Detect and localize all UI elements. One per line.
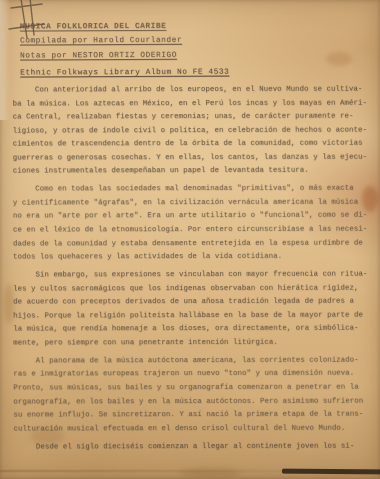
paragraph-5: Desde el siglo dieciséis comienzan a lle…: [13, 440, 375, 454]
paper-stain: [326, 52, 352, 66]
text-line: su enorme influjo. Se sincretizaron. Y a…: [13, 409, 375, 423]
text-line: ca Central, realizaban fiestas y ceremon…: [13, 111, 375, 125]
credit-recorded-by: Compilada por Harold Courlander: [20, 34, 229, 49]
text-line: Desde el siglo dieciséis comienzan a lle…: [13, 440, 375, 454]
text-line: Al panorama de la música autóctona ameri…: [13, 354, 375, 368]
text-line: cimientos de trascendencia dentro de la …: [13, 138, 375, 152]
paragraph-1: Con anterioridad al arribo de los europe…: [13, 84, 375, 180]
text-line: mente, pero siempre con una penetrante i…: [13, 336, 375, 350]
text-line: Sin embargo, sus expresiones se vinculab…: [13, 269, 375, 283]
text-line: de acuerdo con preceptos derivados de un…: [13, 296, 375, 310]
paragraph-2: Como en todas las sociedades mal denomin…: [13, 183, 375, 265]
text-line: ras e inmigratorias europeas trajeron un…: [13, 368, 375, 382]
text-line: Con anterioridad al arribo de los europe…: [13, 84, 375, 98]
text-line: Como en todas las sociedades mal denomin…: [13, 183, 375, 197]
document-header: MUSICA FOLKLORICA DEL CARIBE Compilada p…: [20, 20, 229, 82]
text-line: Pronto, sus músicas, sus bailes y su org…: [13, 382, 375, 396]
text-line: hijos. Porque la religión politeísta hal…: [13, 309, 375, 323]
text-line: ce en el léxico de la etnomusicología. P…: [13, 223, 375, 237]
text-line: culturación musical efectuada en el dens…: [13, 422, 375, 436]
document-body: Con anterioridad al arribo de los europe…: [13, 84, 376, 460]
scanned-liner-notes-page: MUSICA FOLKLORICA DEL CARIBE Compilada p…: [0, 0, 380, 479]
scan-artifact-bottom-edge: [282, 469, 380, 475]
text-line: organografía, en los bailes y en la músi…: [13, 395, 375, 409]
document-title: MUSICA FOLKLORICA DEL CARIBE: [20, 20, 229, 35]
text-line: y científicamente "ágrafas", en la civil…: [13, 196, 375, 210]
text-line: dades de la comunidad y estaba densament…: [13, 237, 375, 251]
paragraph-3: Sin embargo, sus expresiones se vinculab…: [13, 269, 375, 351]
text-line: la música, que rendía homenaje a los dio…: [13, 323, 375, 337]
scan-artifact-bottom-line: [0, 470, 290, 472]
text-line: ligioso, y otras de índole civil o polít…: [13, 124, 375, 138]
credit-notes-by: Notas por NESTOR ORTIZ ODERIGO: [20, 48, 229, 63]
paragraph-4: Al panorama de la música autóctona ameri…: [13, 354, 375, 436]
text-line: les y cultos sacromágicos que los indíge…: [13, 282, 375, 296]
album-reference: Ethnic Folkways Library Album No FE 4533: [20, 66, 229, 81]
text-line: guerreras o generosas cosechas. Y en ell…: [13, 151, 375, 165]
text-line: todos los quehaceres y las actividades d…: [13, 251, 375, 265]
text-line: no era un "arte por el arte". Era un art…: [13, 210, 375, 224]
text-line: ba la música. Los aztecas en México, en …: [13, 97, 375, 111]
text-line: ciones instrumentales desempeñaban un pa…: [13, 165, 375, 179]
